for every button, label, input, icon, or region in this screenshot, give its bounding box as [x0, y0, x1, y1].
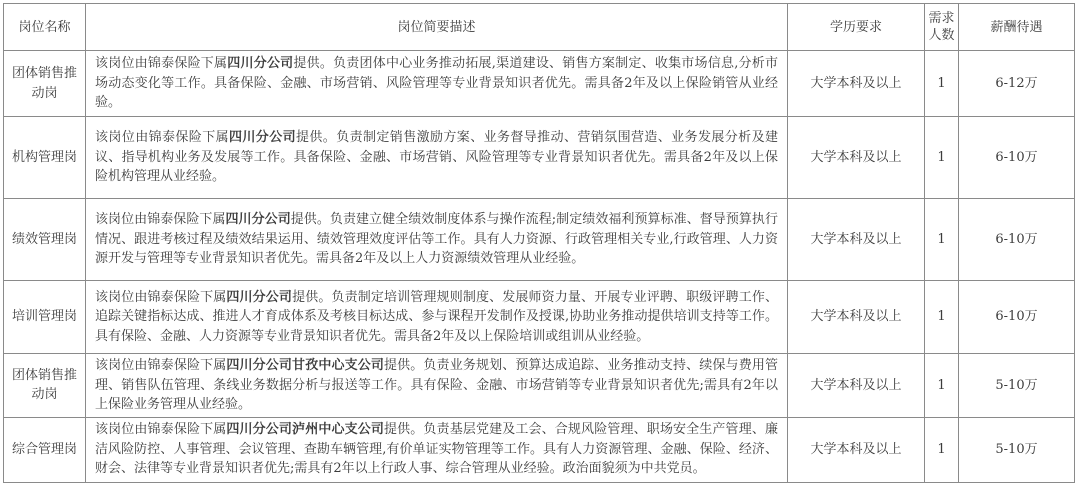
headcount-cell: 1 [925, 417, 959, 482]
description-segment: 该岗位由锦泰保险下属 [95, 290, 226, 305]
job-listing-page: 岗位名称 岗位简要描述 学历要求 需求人数 薪酬待遇 团体销售推动岗 该岗位由锦… [0, 0, 1080, 483]
headcount-cell: 1 [925, 354, 959, 418]
table-row: 机构管理岗 该岗位由锦泰保险下属四川分公司提供。负责制定销售激励方案、业务督导推… [4, 117, 1075, 199]
position-name-cell: 团体销售推动岗 [4, 354, 86, 418]
education-requirement-cell: 大学本科及以上 [788, 417, 925, 482]
education-requirement-cell: 大学本科及以上 [788, 199, 925, 281]
position-name-cell: 团体销售推动岗 [4, 51, 86, 117]
description-segment: 该岗位由锦泰保险下属 [95, 130, 229, 145]
position-name-cell: 机构管理岗 [4, 117, 86, 199]
salary-cell: 5-10万 [959, 417, 1075, 482]
table-row: 团体销售推动岗 该岗位由锦泰保险下属四川分公司提供。负责团体中心业务推动拓展,渠… [4, 51, 1075, 117]
table-row: 培训管理岗 该岗位由锦泰保险下属四川分公司提供。负责制定培训管理规则制度、发展师… [4, 281, 1075, 354]
table-row: 综合管理岗 该岗位由锦泰保险下属四川分公司泸州中心支公司提供。负责基层党建及工会… [4, 417, 1075, 482]
position-description-cell: 该岗位由锦泰保险下属四川分公司提供。负责团体中心业务推动拓展,渠道建设、销售方案… [86, 51, 788, 117]
table-body: 团体销售推动岗 该岗位由锦泰保险下属四川分公司提供。负责团体中心业务推动拓展,渠… [4, 51, 1075, 483]
position-description-cell: 该岗位由锦泰保险下属四川分公司甘孜中心支公司提供。负责业务规划、预算达成追踪、业… [86, 354, 788, 418]
description-segment: 四川分公司 [226, 212, 291, 227]
position-name-cell: 绩效管理岗 [4, 199, 86, 281]
table-header: 岗位名称 岗位简要描述 学历要求 需求人数 薪酬待遇 [4, 4, 1075, 51]
col-header-description: 岗位简要描述 [86, 4, 788, 51]
headcount-cell: 1 [925, 117, 959, 199]
education-requirement-cell: 大学本科及以上 [788, 281, 925, 354]
position-description-cell: 该岗位由锦泰保险下属四川分公司提供。负责建立健全绩效制度体系与操作流程;制定绩效… [86, 199, 788, 281]
salary-cell: 6-12万 [959, 51, 1075, 117]
description-segment: 四川分公司泸州中心支公司 [226, 422, 384, 437]
description-segment: 该岗位由锦泰保险下属 [95, 358, 226, 373]
headcount-cell: 1 [925, 199, 959, 281]
description-segment: 该岗位由锦泰保险下属 [95, 56, 227, 71]
salary-cell: 6-10万 [959, 199, 1075, 281]
description-segment: 四川分公司 [227, 56, 293, 71]
col-header-headcount: 需求人数 [925, 4, 959, 51]
headcount-cell: 1 [925, 281, 959, 354]
description-segment: 四川分公司甘孜中心支公司 [226, 358, 384, 373]
description-segment: 该岗位由锦泰保险下属 [95, 422, 226, 437]
description-segment: 四川分公司 [229, 130, 296, 145]
col-header-education: 学历要求 [788, 4, 925, 51]
salary-cell: 5-10万 [959, 354, 1075, 418]
position-name-cell: 培训管理岗 [4, 281, 86, 354]
job-table: 岗位名称 岗位简要描述 学历要求 需求人数 薪酬待遇 团体销售推动岗 该岗位由锦… [3, 3, 1075, 483]
description-segment: 四川分公司 [226, 290, 292, 305]
position-description-cell: 该岗位由锦泰保险下属四川分公司提供。负责制定销售激励方案、业务督导推动、营销氛围… [86, 117, 788, 199]
table-row: 团体销售推动岗 该岗位由锦泰保险下属四川分公司甘孜中心支公司提供。负责业务规划、… [4, 354, 1075, 418]
col-header-salary: 薪酬待遇 [959, 4, 1075, 51]
position-description-cell: 该岗位由锦泰保险下属四川分公司提供。负责制定培训管理规则制度、发展师资力量、开展… [86, 281, 788, 354]
salary-cell: 6-10万 [959, 117, 1075, 199]
header-row: 岗位名称 岗位简要描述 学历要求 需求人数 薪酬待遇 [4, 4, 1075, 51]
education-requirement-cell: 大学本科及以上 [788, 354, 925, 418]
position-description-cell: 该岗位由锦泰保险下属四川分公司泸州中心支公司提供。负责基层党建及工会、合规风险管… [86, 417, 788, 482]
salary-cell: 6-10万 [959, 281, 1075, 354]
education-requirement-cell: 大学本科及以上 [788, 51, 925, 117]
description-segment: 该岗位由锦泰保险下属 [95, 212, 226, 227]
table-row: 绩效管理岗 该岗位由锦泰保险下属四川分公司提供。负责建立健全绩效制度体系与操作流… [4, 199, 1075, 281]
education-requirement-cell: 大学本科及以上 [788, 117, 925, 199]
col-header-position-name: 岗位名称 [4, 4, 86, 51]
position-name-cell: 综合管理岗 [4, 417, 86, 482]
headcount-cell: 1 [925, 51, 959, 117]
